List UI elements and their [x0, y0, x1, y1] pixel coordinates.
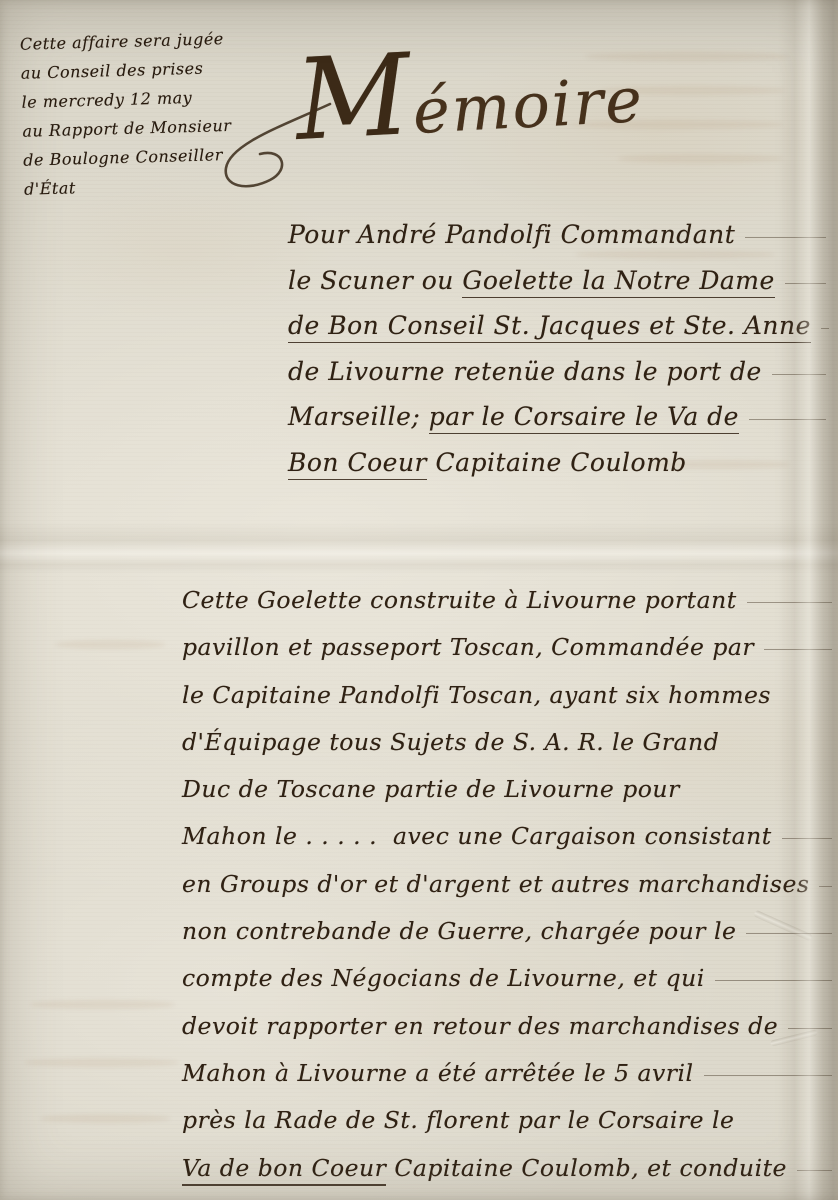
document-title: Mémoire [294, 53, 646, 154]
line-text: Capitaine Coulomb [427, 448, 687, 477]
ink-showthrough [40, 1114, 170, 1123]
margin-annotation: Cette affaire sera jugée au Conseil des … [20, 22, 293, 203]
line-text: Capitaine Coulomb, et conduite [386, 1154, 787, 1182]
manuscript-line: Pour André Pandolfi Commandant [288, 220, 826, 266]
line-text: compte des Négocians de Livourne, et qui [182, 964, 705, 992]
ink-showthrough [618, 154, 783, 163]
ink-showthrough [55, 640, 165, 649]
line-text: Pour André Pandolfi Commandant [288, 220, 735, 249]
manuscript-line: Va de bon Coeur Capitaine Coulomb, et co… [182, 1154, 832, 1200]
manuscript-line: devoit rapporter en retour des marchandi… [182, 1012, 832, 1059]
ruled-line [745, 237, 826, 238]
manuscript-line: Bon Coeur Capitaine Coulomb [288, 448, 826, 494]
ruled-line [819, 886, 832, 887]
ruled-line [772, 374, 826, 375]
manuscript-line: d'Équipage tous Sujets de S. A. R. le Gr… [182, 728, 832, 775]
horizontal-crease [0, 522, 838, 574]
manuscript-line: de Livourne retenüe dans le port de [288, 357, 826, 403]
line-text: Duc de Toscane partie de Livourne pour [182, 775, 680, 803]
manuscript-page: Cette affaire sera jugée au Conseil des … [0, 0, 838, 1200]
ink-showthrough [24, 1058, 179, 1067]
line-text: Mahon le . . . . . avec une Cargaison co… [182, 822, 772, 850]
manuscript-line: compte des Négocians de Livourne, et qui [182, 964, 832, 1011]
line-text-underlined: Bon Coeur [288, 448, 427, 480]
manuscript-line: non contrebande de Guerre, chargée pour … [182, 917, 832, 964]
ruled-line [747, 602, 832, 603]
manuscript-line: pavillon et passeport Toscan, Commandée … [182, 633, 832, 680]
line-text-underlined: par le Corsaire le Va de [429, 402, 739, 434]
line-text: en Groups d'or et d'argent et autres mar… [182, 870, 809, 898]
ruled-line [797, 1170, 832, 1171]
ruled-line [746, 933, 832, 934]
line-text: d'Équipage tous Sujets de S. A. R. le Gr… [182, 728, 719, 756]
petition-header-block: Pour André Pandolfi Commandant le Scuner… [288, 220, 826, 493]
manuscript-line: Mahon à Livourne a été arrêtée le 5 avri… [182, 1059, 832, 1106]
line-text: non contrebande de Guerre, chargée pour … [182, 917, 736, 945]
title-rest: émoire [411, 63, 645, 148]
ink-showthrough [30, 1000, 175, 1009]
line-text-underlined: Goelette la Notre Dame [462, 266, 774, 298]
line-text: pavillon et passeport Toscan, Commandée … [182, 633, 754, 661]
title-initial: M [292, 30, 413, 166]
ruled-line [749, 419, 826, 420]
line-text: Mahon à Livourne a été arrêtée le 5 avri… [182, 1059, 694, 1087]
line-text: de Livourne retenüe dans le port de [288, 357, 762, 386]
manuscript-line: en Groups d'or et d'argent et autres mar… [182, 870, 832, 917]
line-text: le Scuner ou [288, 266, 462, 295]
ruled-line [821, 328, 829, 329]
manuscript-line: le Scuner ou Goelette la Notre Dame [288, 266, 826, 312]
line-text: Cette Goelette construite à Livourne por… [182, 586, 737, 614]
ruled-line [788, 1028, 832, 1029]
manuscript-line: le Capitaine Pandolfi Toscan, ayant six … [182, 681, 832, 728]
manuscript-line: Cette Goelette construite à Livourne por… [182, 586, 832, 633]
manuscript-line: de Bon Conseil St. Jacques et Ste. Anne [288, 311, 826, 357]
manuscript-line: près la Rade de St. florent par le Corsa… [182, 1106, 832, 1153]
line-text: Marseille; [288, 402, 429, 431]
line-text: le Capitaine Pandolfi Toscan, ayant six … [182, 681, 771, 709]
ruled-line [782, 838, 832, 839]
ruled-line [785, 283, 826, 284]
manuscript-line: Marseille; par le Corsaire le Va de [288, 402, 826, 448]
line-text: près la Rade de St. florent par le Corsa… [182, 1106, 734, 1134]
manuscript-line: Duc de Toscane partie de Livourne pour [182, 775, 832, 822]
ruled-line [704, 1075, 832, 1076]
ruled-line [764, 649, 832, 650]
line-text-underlined: de Bon Conseil St. Jacques et Ste. Anne [288, 311, 811, 343]
body-paragraph-block: Cette Goelette construite à Livourne por… [182, 586, 832, 1200]
ruled-line [715, 980, 832, 981]
line-text-underlined: Va de bon Coeur [182, 1154, 386, 1186]
manuscript-line: Mahon le . . . . . avec une Cargaison co… [182, 822, 832, 869]
line-text: devoit rapporter en retour des marchandi… [182, 1012, 778, 1040]
margin-note-line: d'État [24, 167, 293, 203]
